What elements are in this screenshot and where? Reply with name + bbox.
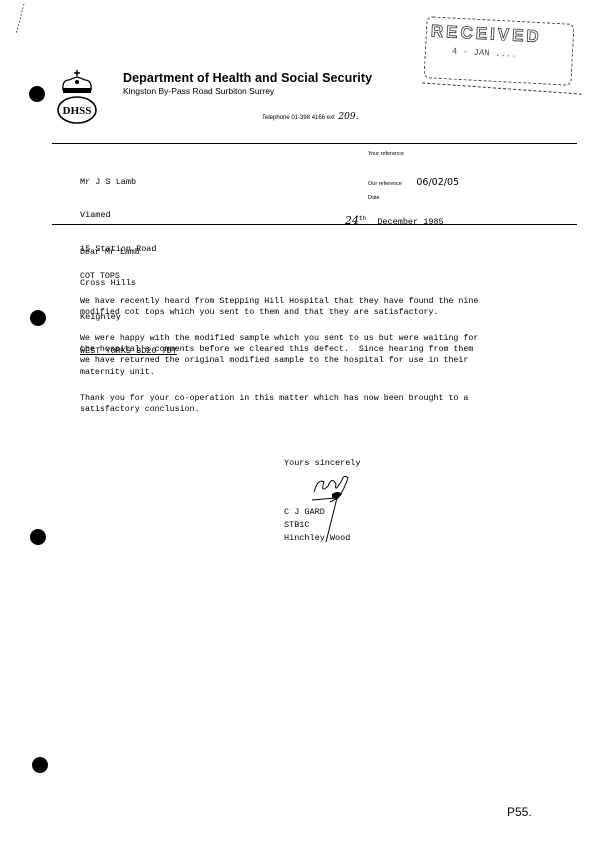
our-reference-label: Our reference <box>368 181 402 187</box>
stamp-date: 4 - JAN .... <box>452 47 517 60</box>
address-top-rule <box>52 143 577 144</box>
signatory-name: C J GARD <box>284 507 325 518</box>
page-number-annotation: P55. <box>507 805 532 819</box>
crown-icon: DHSS <box>52 68 102 128</box>
paragraph-3: Thank you for your co-operation in this … <box>80 393 468 415</box>
signatory-location: Hinchley Wood <box>284 533 350 544</box>
our-reference-value: 06/02/05 <box>416 177 459 188</box>
stamp-word: RECEIVED <box>430 21 542 47</box>
your-reference-label: Your reference <box>368 151 404 157</box>
telephone-number: 01-398 4166 ext <box>291 115 334 121</box>
subject-line: COT TOPS <box>80 271 120 282</box>
department-address: Kingston By-Pass Road Surbiton Surrey <box>123 86 274 96</box>
our-reference: Our reference 06/02/05 <box>368 172 459 190</box>
dhss-crest: DHSS <box>52 68 102 128</box>
scan-mark <box>10 0 30 40</box>
date-label: Date <box>368 195 380 201</box>
paragraph-1: We have recently heard from Stepping Hil… <box>80 296 478 318</box>
date-suffix: th <box>359 215 366 222</box>
closing: Yours sincerely <box>284 458 361 469</box>
svg-text:DHSS: DHSS <box>63 105 92 117</box>
department-name: Department of Health and Social Security <box>123 71 372 85</box>
letter-date: 24th December 1985 <box>345 214 444 227</box>
date-day: 24 <box>345 214 359 227</box>
telephone-extension: 209. <box>338 112 358 122</box>
telephone: Telephone 01-398 4166 ext 209. <box>262 112 358 122</box>
paragraph-2: We were happy with the modified sample w… <box>80 333 478 378</box>
punch-hole <box>30 310 46 326</box>
telephone-label: Telephone <box>262 115 290 121</box>
signatory-division: STB1C <box>284 520 310 531</box>
punch-hole <box>30 529 46 545</box>
recipient-line: Viamed <box>80 210 177 221</box>
punch-hole <box>32 757 48 773</box>
received-stamp: RECEIVED 4 - JAN .... <box>423 16 574 86</box>
recipient-line: Mr J S Lamb <box>80 177 177 188</box>
date-rest: December 1985 <box>377 217 443 227</box>
punch-hole <box>29 86 45 102</box>
salutation: Dear Mr Lamb <box>80 247 140 258</box>
